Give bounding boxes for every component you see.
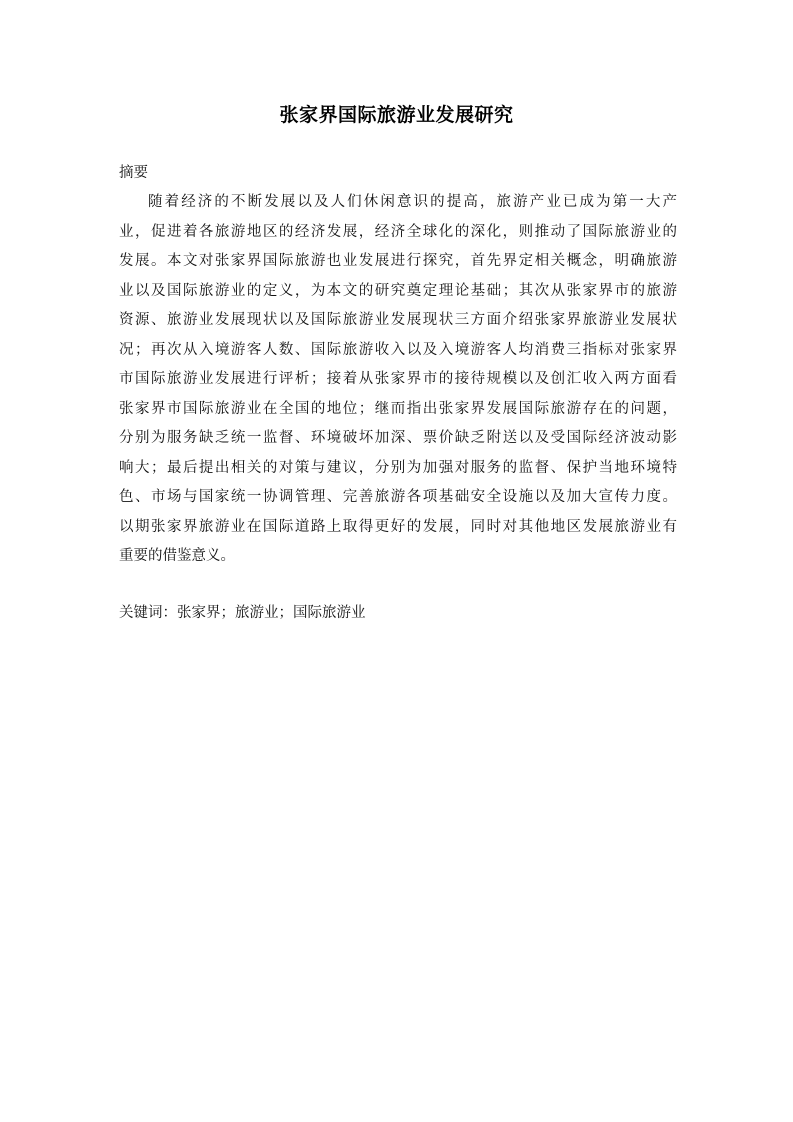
abstract-line: 资源、旅游业发展现状以及国际旅游业发展现状三方面介绍张家界旅游业发展状 — [119, 306, 677, 336]
abstract-line: 业，促进着各旅游地区的经济发展，经济全球化的深化，则推动了国际旅游业的 — [119, 218, 677, 248]
abstract-line: 随着经济的不断发展以及人们休闲意识的提高，旅游产业已成为第一大产 — [119, 188, 677, 218]
abstract-body: 随着经济的不断发展以及人们休闲意识的提高，旅游产业已成为第一大产 业，促进着各旅… — [119, 188, 677, 572]
abstract-line: 发展。本文对张家界国际旅游也业发展进行探究，首先界定相关概念，明确旅游 — [119, 247, 677, 277]
abstract-line: 业以及国际旅游业的定义，为本文的研究奠定理论基础；其次从张家界市的旅游 — [119, 277, 677, 307]
document-title: 张家界国际旅游业发展研究 — [0, 100, 793, 127]
keywords-line: 关键词：张家界；旅游业；国际旅游业 — [119, 601, 366, 622]
abstract-line: 分别为服务缺乏统一监督、环境破坏加深、票价缺乏附送以及受国际经济波动影 — [119, 424, 677, 454]
abstract-line: 色、市场与国家统一协调管理、完善旅游各项基础安全设施以及加大宣传力度。 — [119, 483, 677, 513]
abstract-line: 况；再次从入境游客人数、国际旅游收入以及入境游客人均消费三指标对张家界 — [119, 336, 677, 366]
abstract-line: 以期张家界旅游业在国际道路上取得更好的发展，同时对其他地区发展旅游业有 — [119, 513, 677, 543]
abstract-line: 重要的借鉴意义。 — [119, 542, 677, 572]
abstract-line: 响大；最后提出相关的对策与建议，分别为加强对服务的监督、保护当地环境特 — [119, 454, 677, 484]
abstract-line: 张家界市国际旅游业在全国的地位；继而指出张家界发展国际旅游存在的问题， — [119, 395, 677, 425]
abstract-heading: 摘要 — [119, 161, 148, 182]
abstract-line: 市国际旅游业发展进行评析；接着从张家界市的接待规模以及创汇收入两方面看 — [119, 365, 677, 395]
